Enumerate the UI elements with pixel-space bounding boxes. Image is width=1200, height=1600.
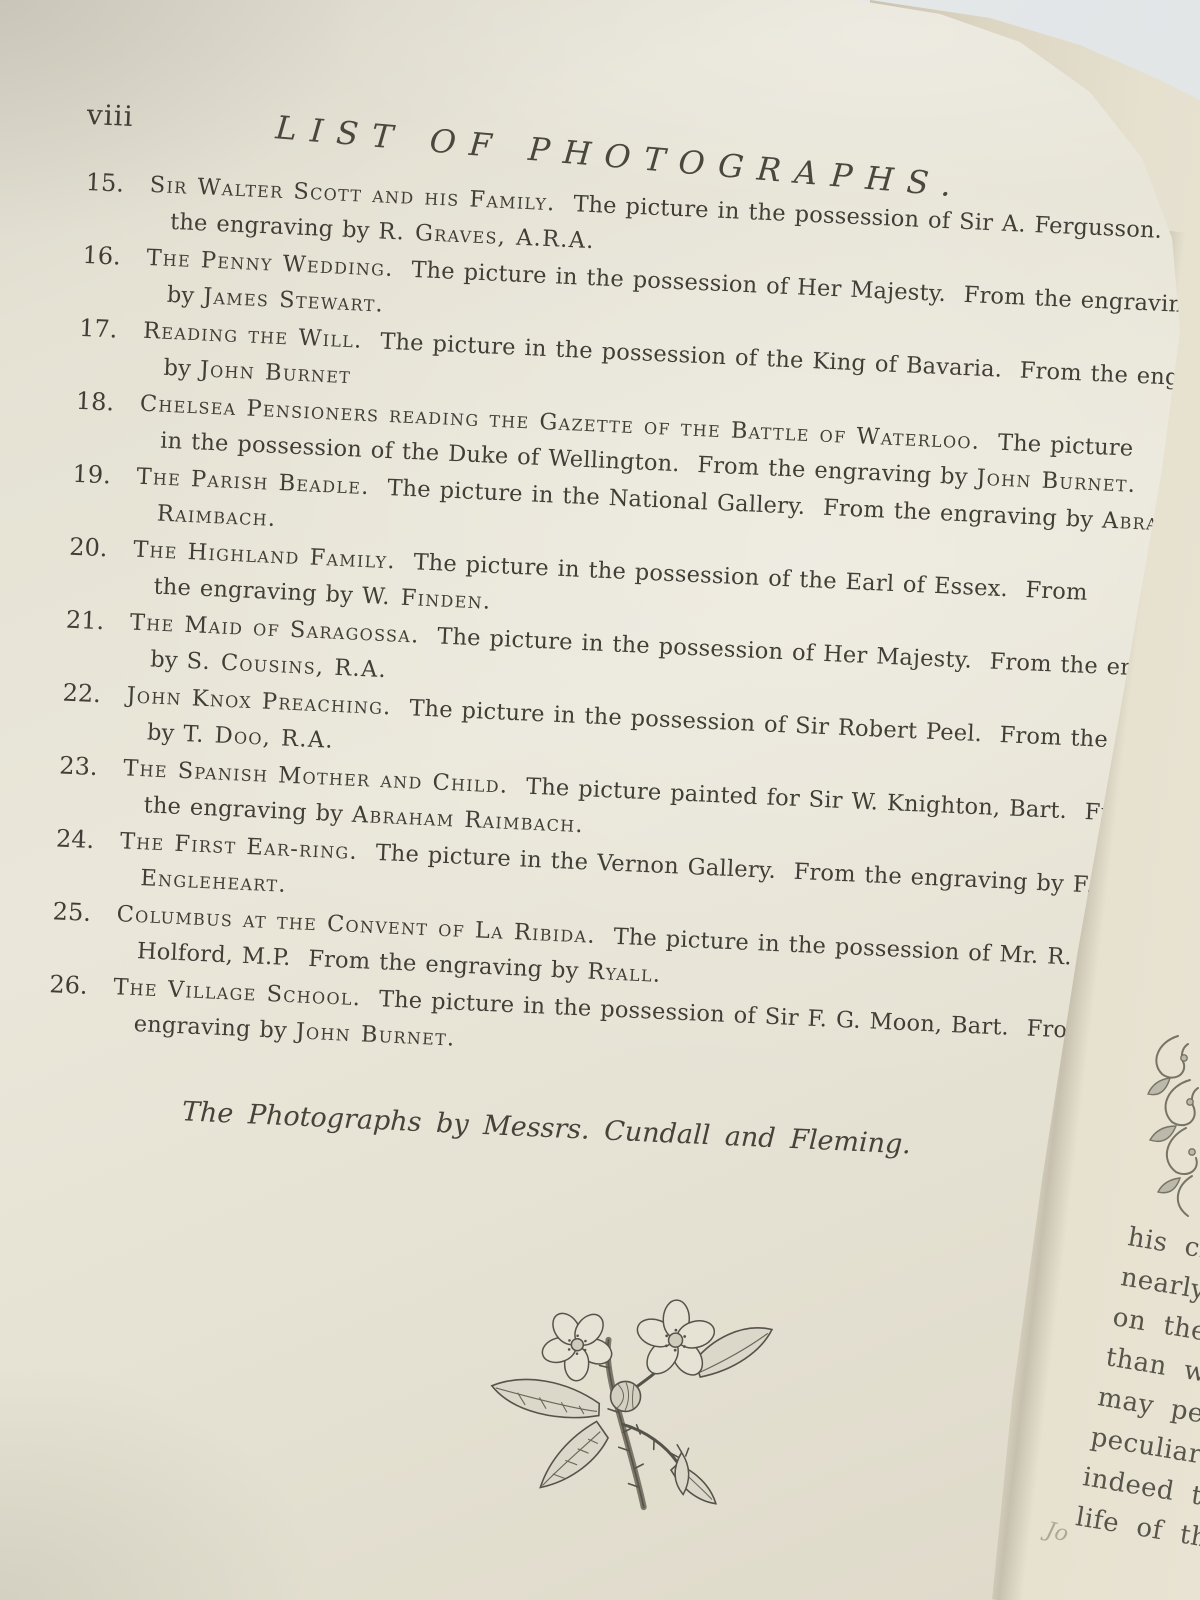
entry-number: 18. [75, 383, 115, 421]
entry-number: 25. [52, 893, 92, 931]
facing-text-fragment: life of the [1073, 1504, 1200, 1555]
facing-text-fragment: on the [1111, 1304, 1200, 1349]
entry-number: 21. [65, 602, 105, 640]
entry-number: 19. [72, 456, 112, 494]
facing-text-fragment: his ch [1126, 1224, 1200, 1266]
facing-text-fragment: nearly [1118, 1264, 1200, 1308]
entry-number: 16. [82, 237, 122, 275]
entry-number: 17. [78, 310, 118, 348]
entry-number: 20. [69, 529, 109, 567]
photo-list: 15.Sir Walter Scott and his Family. The … [45, 164, 1064, 1083]
page-content: viii LIST OF PHOTOGRAPHS. 15.Sir Walter … [41, 92, 1067, 1165]
floral-ornament-icon [1140, 1028, 1200, 1218]
entry-number: 24. [55, 820, 95, 858]
facing-fragments: his chnearlyon thethan wemay perpeculiar… [1064, 1224, 1200, 1544]
entry-number: 26. [49, 966, 89, 1004]
entry-number: 15. [85, 164, 125, 202]
facing-text-fragment: than we [1103, 1344, 1200, 1390]
entry-number: 23. [59, 747, 99, 785]
botanical-engraving-icon [444, 1248, 783, 1517]
entry-number: 22. [62, 674, 102, 712]
footnote: The Photographs by Messrs. Cundall and F… [41, 1090, 1021, 1165]
